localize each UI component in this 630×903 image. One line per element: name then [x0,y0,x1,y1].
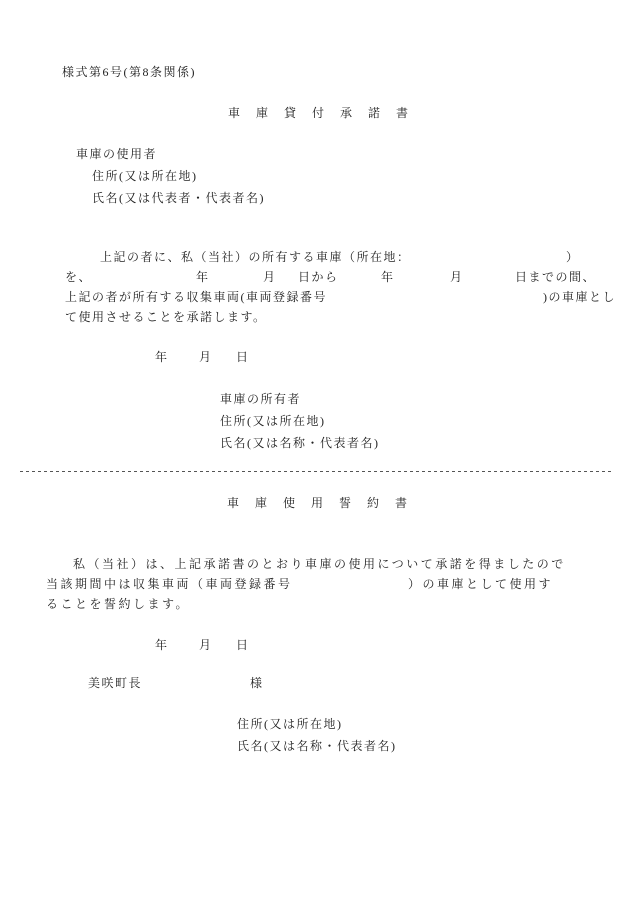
pledge-body-line-3: ることを誓約します。 [46,597,190,611]
garage-user-heading: 車庫の使用者 [76,147,157,161]
garage-owner-heading: 車庫の所有者 [220,392,301,406]
consent-line3-text: 上記の者が所有する収集車両(車両登録番号 [65,290,327,304]
consent-date-month: 月 [199,350,213,364]
pledge-signer-name-label: 氏名(又は名称・代表者名) [237,739,397,753]
document-page: 様式第6号(第8条関係) 車庫貸付承諾書 車庫の使用者 住所(又は所在地) 氏名… [0,0,630,903]
consent-body-line-4: て使用させることを承諾します。 [65,310,267,324]
consent-line2-day-to: 日までの間、 [515,270,596,284]
form-number: 様式第6号(第8条関係) [62,65,196,79]
pledge-date-year: 年 [155,638,169,652]
consent-line1-close-paren: ） [566,250,580,264]
dotted-divider [20,471,613,472]
pledge-body-line-1: 私（当社）は、上記承諾書のとおり車庫の使用について承諾を得ましたので [73,557,566,571]
consent-line2-month-to: 月 [450,270,464,284]
consent-line2-month-from: 月 [263,270,277,284]
pledge-date-day: 日 [236,638,250,652]
consent-line2-day-from: 日から [298,270,339,284]
pledge-line2-close: ）の車庫として使用す [408,577,553,591]
garage-owner-name-label: 氏名(又は名称・代表者名) [220,436,380,450]
consent-date-day: 日 [236,350,250,364]
garage-user-name-label: 氏名(又は代表者・代表者名) [92,191,265,205]
consent-title: 車庫貸付承諾書 [228,106,424,120]
consent-line1-text: 上記の者に、私（当社）の所有する車庫（所在地： [100,250,411,264]
consent-line2-wo: を、 [65,270,92,284]
addressee-honorific: 様 [250,676,264,690]
consent-line3-close: )の車庫とし [543,290,616,304]
consent-line2-year-from: 年 [196,270,210,284]
consent-date-year: 年 [155,350,169,364]
pledge-date-month: 月 [199,638,213,652]
pledge-signer-address-label: 住所(又は所在地) [237,717,343,731]
garage-user-address-label: 住所(又は所在地) [92,169,198,183]
addressee-mayor: 美咲町長 [88,676,142,690]
pledge-title: 車庫使用誓約書 [227,496,423,510]
consent-line2-year-to: 年 [381,270,395,284]
pledge-line2-text: 当該期間中は収集車両（車両登録番号 [46,577,293,591]
garage-owner-address-label: 住所(又は所在地) [220,414,326,428]
